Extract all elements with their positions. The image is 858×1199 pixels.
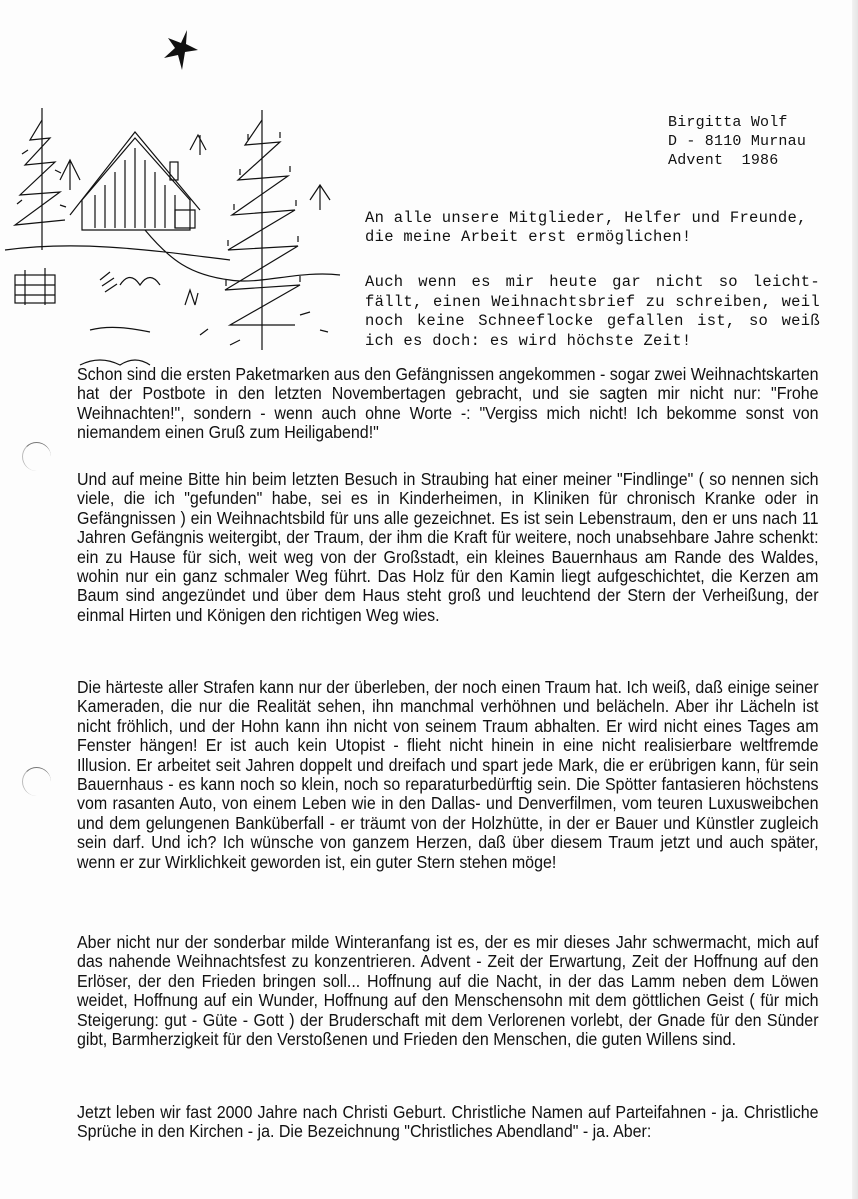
punch-hole-mark: [22, 442, 51, 471]
letter-paragraph: Und auf meine Bitte hin beim letzten Bes…: [77, 470, 819, 625]
sender-place: D - 8110 Murnau: [668, 132, 806, 151]
woodpile-icon: [15, 268, 55, 305]
tree-icon: [15, 108, 66, 250]
letter-paragraph: Aber nicht nur der sonderbar milde Winte…: [77, 933, 819, 1049]
letter-paragraph: Schon sind die ersten Paketmarken aus de…: [77, 365, 819, 443]
intro-paragraph: Auch wenn es mir heute gar nicht so leic…: [365, 273, 820, 351]
page-edge-shadow: [852, 0, 858, 1199]
star-icon: [160, 28, 204, 72]
winter-cabin-illustration: [0, 100, 370, 375]
cabin-icon: [70, 132, 200, 230]
letter-paragraph: Jetzt leben wir fast 2000 Jahre nach Chr…: [77, 1103, 819, 1142]
punch-hole-mark: [22, 767, 51, 796]
christmas-tree-icon: [225, 110, 300, 350]
letter-date: Advent 1986: [668, 151, 806, 170]
letter-paragraph: Die härteste aller Strafen kann nur der …: [77, 678, 819, 872]
sender-name: Birgitta Wolf: [668, 113, 806, 132]
salutation: An alle unsere Mitglieder, Helfer und Fr…: [365, 209, 835, 247]
sender-address-block: Birgitta WolfD - 8110 MurnauAdvent 1986: [668, 113, 806, 170]
